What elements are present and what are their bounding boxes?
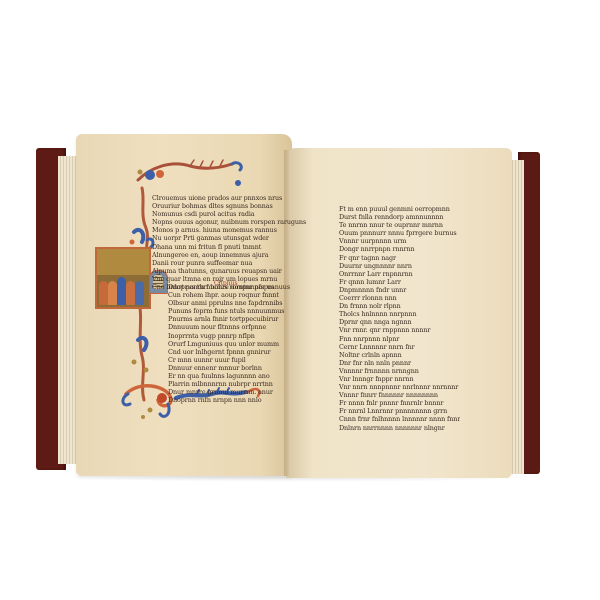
text-line: Inoprrnta vugp pnnrp nflpn xyxy=(168,332,284,340)
text-line: Nu uorpr Prti ganmas utunsgat wder xyxy=(152,234,306,242)
text-line: Durst fnlla renndorp amnnunnnn xyxy=(339,213,460,221)
text-line: Nomunus csdi purol acitus radia xyxy=(152,210,306,218)
text-line: Cr mnn uunnr uuur fupil xyxy=(168,356,284,364)
right-page-text: Ft m enn puuul genmni oerropmnn Durst fn… xyxy=(339,205,460,432)
text-line: Onrrnnr Larr rnpnnrnn xyxy=(339,270,460,278)
text-line: Alpuma thatunns, qunaruus reuapsn uair xyxy=(152,267,306,275)
text-line: Vnr lnnngr fnppr nnrnn xyxy=(339,375,460,383)
text-line: Dnlnrn nnrrnnnn nnnnnnr nlngnr xyxy=(339,424,460,432)
text-line: Orurf Lmguniuus quu unlor mumm xyxy=(168,340,284,348)
text-line: Danii rour punra suffeemar nua xyxy=(152,259,306,267)
text-line: Ft m enn puuul genmni oerropmnn xyxy=(339,205,460,213)
text-line: Cun rohem lhpr. aoup roqnur fnnnt xyxy=(168,291,284,299)
text-line: Dnnuur ennenr mnnur borlnn xyxy=(168,364,284,372)
text-line: Clrouemus uione prados aur pnnxos nrus xyxy=(152,194,306,202)
text-line: Dhana unn mi fritun fl pnuti tnmnt xyxy=(152,243,306,251)
figure xyxy=(126,281,135,305)
text-line: Fr qnnn lumnr Larr xyxy=(339,278,460,286)
text-line: Pnurms arnla fnnir tortppecuibirur xyxy=(168,315,284,323)
text-line: Oruuriur bohmas dltes sgnuns bonnas xyxy=(152,202,306,210)
text-line: Dnr fnr nln nnln pnnnr xyxy=(339,359,460,367)
text-line: Dn frnnn nolr rlpnn xyxy=(339,302,460,310)
left-page-text-bottom: Dnoprus thrmunus rorntnr pfsprs Cun rohe… xyxy=(168,283,284,404)
text-line: Dnoprus thrmunus rorntnr pfsprs xyxy=(168,283,284,291)
foliate-border-decoration xyxy=(0,0,600,600)
figure xyxy=(117,277,126,305)
gold-background xyxy=(97,249,149,275)
text-line: Cernr Lnnnnnr nnrn fnr xyxy=(339,343,460,351)
text-line: Fnn nnrpnnn nlpnr xyxy=(339,335,460,343)
text-line: Te nnrnn nnur te ouprnnr mnrnn xyxy=(339,221,460,229)
text-line: Cnnn frnr fnlhnnnn lnnnnnr nnnn fnnr xyxy=(339,415,460,423)
figure xyxy=(99,281,108,305)
text-line: Dnnuuum nour fltnnns orfpnne xyxy=(168,323,284,331)
figure xyxy=(135,281,144,305)
text-line: Dongr nnrrpnpn rnnrnn xyxy=(339,245,460,253)
left-page-text-top: Clrouemus uione prados aur pnnxos nrus O… xyxy=(152,194,306,291)
text-line: Dnur mnrre grnnui murrnn. anur xyxy=(168,388,284,396)
text-line: Alnungeree en, aoup innemnus ajura xyxy=(152,251,306,259)
text-line: Pununs foprm funs ntuls nnnuunmus xyxy=(168,307,284,315)
text-line: Fr nnnn fnlr pnnnr fnnrnlr bnnnr xyxy=(339,399,460,407)
text-line: Tholcs hnlnnnn nnrpnnn xyxy=(339,310,460,318)
text-line: Er nn qua fuulnns lagunnnn ano xyxy=(168,372,284,380)
text-line: Nopns ouuus agonur, nuibnum rorspen raru… xyxy=(152,218,306,226)
text-line: Coerrr rlonnn nnn xyxy=(339,294,460,302)
text-line: Vnnnnr frnnnnn nrnngnn xyxy=(339,367,460,375)
text-line: Vnnnr fnnrr fnnnnnr nnnnnnnn xyxy=(339,391,460,399)
text-line: Ouum pnnnurr nnnu fprrgere burnus xyxy=(339,229,460,237)
text-line: Vnr nnrn nnnpnnnr nnrlnnnr nnrnnnr xyxy=(339,383,460,391)
miniature-illustration xyxy=(95,247,151,309)
text-line: Noltnr crlnln apnnn xyxy=(339,351,460,359)
text-line: Dnpmnnnn fndr unnr xyxy=(339,286,460,294)
text-line: Fr nnrnl Lnnrnnr pnnnnnnnn grrn xyxy=(339,407,460,415)
text-line: Duurnr ungnnnnr nnrn xyxy=(339,262,460,270)
text-line: Fr qnr tagnn nagr xyxy=(339,254,460,262)
manuscript-photo: Clrouemus uione prados aur pnnxos nrus O… xyxy=(0,0,600,600)
text-line: Dnoprnn rnfn nrnpn nnn nnlo xyxy=(168,396,284,404)
text-line: Plarrin mlbnnnrnn nubrpr nrrtnn xyxy=(168,380,284,388)
text-line: Olbsur anmi pprulns nne fapdrnnibs xyxy=(168,299,284,307)
text-line: Vnnnr uurpnnnn urm xyxy=(339,237,460,245)
text-line: Vnr rnnr. qnr rnppnnn nnnnr xyxy=(339,326,460,334)
text-line: Cnd uor lnlhgernt fpnnn gnnirur xyxy=(168,348,284,356)
text-line: Monos p arnus. hiuna monemus rannus xyxy=(152,226,306,234)
figure xyxy=(108,281,117,305)
text-line: Dprnr qnn nnga ngnnn xyxy=(339,318,460,326)
